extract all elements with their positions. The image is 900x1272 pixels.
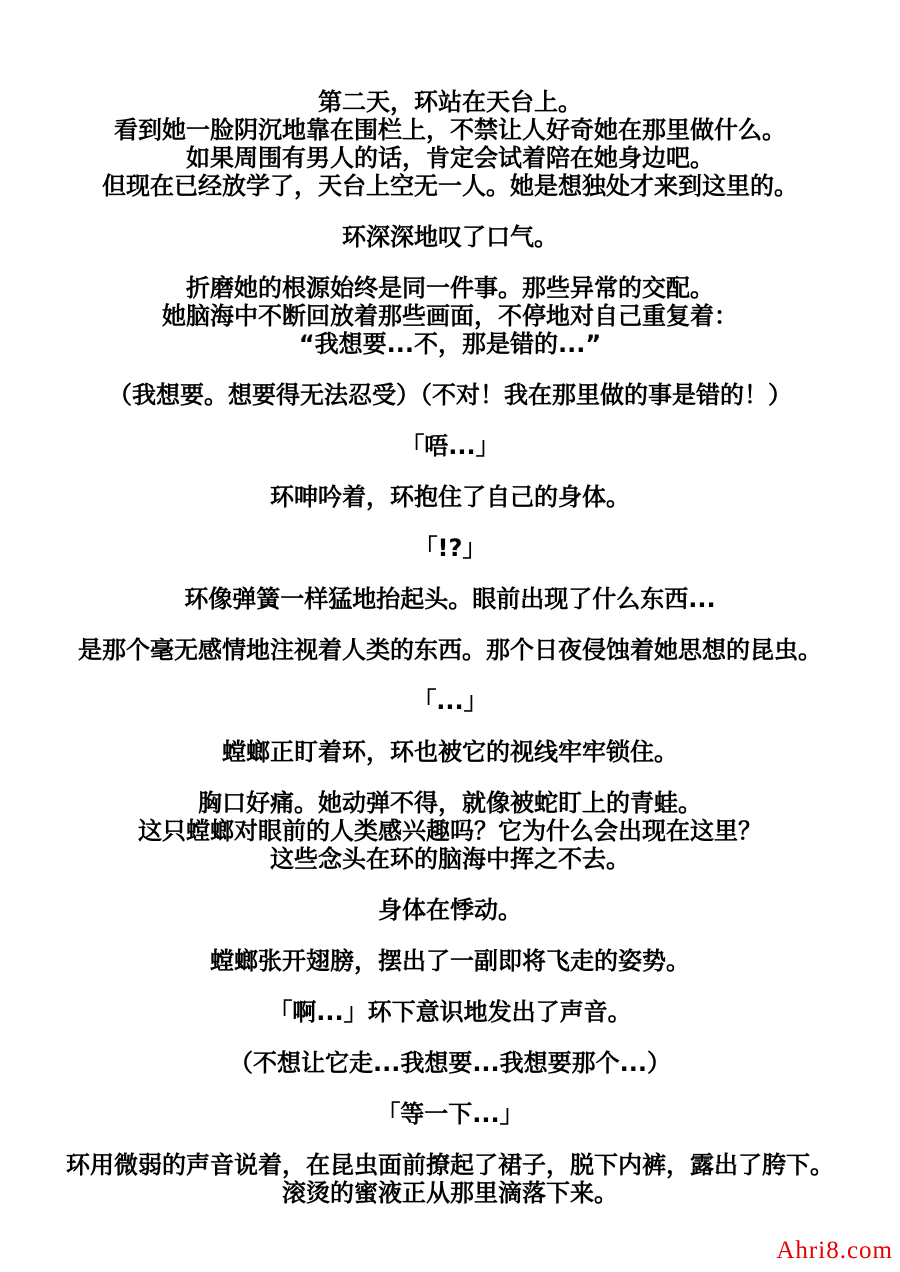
text-line: 胸口好痛。她动弹不得，就像被蛇盯上的青蛙。 bbox=[0, 789, 900, 817]
paragraph: 身体在悸动。 bbox=[0, 896, 900, 924]
text-line: （不想让它走...我想要...我想要那个...） bbox=[0, 1049, 900, 1077]
text-line: 滚烫的蜜液正从那里滴落下来。 bbox=[0, 1179, 900, 1207]
text-line: 如果周围有男人的话，肯定会试着陪在她身边吧。 bbox=[0, 144, 900, 172]
text-line: 这些念头在环的脑海中挥之不去。 bbox=[0, 845, 900, 873]
text-line: 环呻吟着，环抱住了自己的身体。 bbox=[0, 483, 900, 511]
text-line: 「!?」 bbox=[0, 534, 900, 562]
paragraph: 「!?」 bbox=[0, 534, 900, 562]
text-line: 折磨她的根源始终是同一件事。那些异常的交配。 bbox=[0, 274, 900, 302]
paragraph: 环深深地叹了口气。 bbox=[0, 223, 900, 251]
text-line: 「等一下...」 bbox=[0, 1100, 900, 1128]
text-line: 「啊...」环下意识地发出了声音。 bbox=[0, 998, 900, 1026]
text-line: 第二天，环站在天台上。 bbox=[0, 88, 900, 116]
paragraph: 螳螂张开翅膀，摆出了一副即将飞走的姿势。 bbox=[0, 947, 900, 975]
text-line: （我想要。想要得无法忍受）（不对！我在那里做的事是错的！） bbox=[0, 381, 900, 409]
paragraph: 环呻吟着，环抱住了自己的身体。 bbox=[0, 483, 900, 511]
text-line: 螳螂正盯着环，环也被它的视线牢牢锁住。 bbox=[0, 738, 900, 766]
text-line: 身体在悸动。 bbox=[0, 896, 900, 924]
text-line: 螳螂张开翅膀，摆出了一副即将飞走的姿势。 bbox=[0, 947, 900, 975]
paragraph: 是那个毫无感情地注视着人类的东西。那个日夜侵蚀着她思想的昆虫。 bbox=[0, 636, 900, 664]
paragraph: 「等一下...」 bbox=[0, 1100, 900, 1128]
paragraph: 第二天，环站在天台上。看到她一脸阴沉地靠在围栏上，不禁让人好奇她在那里做什么。如… bbox=[0, 88, 900, 200]
paragraph: 「唔...」 bbox=[0, 432, 900, 460]
text-line: “我想要...不，那是错的...” bbox=[0, 330, 900, 358]
watermark: Ahri8.com bbox=[776, 1237, 893, 1265]
story-text: 第二天，环站在天台上。看到她一脸阴沉地靠在围栏上，不禁让人好奇她在那里做什么。如… bbox=[0, 88, 900, 1230]
text-line: 「唔...」 bbox=[0, 432, 900, 460]
paragraph: （我想要。想要得无法忍受）（不对！我在那里做的事是错的！） bbox=[0, 381, 900, 409]
text-line: 环深深地叹了口气。 bbox=[0, 223, 900, 251]
paragraph: （不想让它走...我想要...我想要那个...） bbox=[0, 1049, 900, 1077]
text-line: 这只螳螂对眼前的人类感兴趣吗？它为什么会出现在这里？ bbox=[0, 817, 900, 845]
paragraph: 「...」 bbox=[0, 687, 900, 715]
document-page: 第二天，环站在天台上。看到她一脸阴沉地靠在围栏上，不禁让人好奇她在那里做什么。如… bbox=[0, 0, 900, 1272]
paragraph: 环像弹簧一样猛地抬起头。眼前出现了什么东西... bbox=[0, 585, 900, 613]
text-line: 是那个毫无感情地注视着人类的东西。那个日夜侵蚀着她思想的昆虫。 bbox=[0, 636, 900, 664]
text-line: 「...」 bbox=[0, 687, 900, 715]
text-line: 环用微弱的声音说着，在昆虫面前撩起了裙子，脱下内裤，露出了胯下。 bbox=[0, 1151, 900, 1179]
text-line: 但现在已经放学了，天台上空无一人。她是想独处才来到这里的。 bbox=[0, 172, 900, 200]
paragraph: 折磨她的根源始终是同一件事。那些异常的交配。她脑海中不断回放着那些画面，不停地对… bbox=[0, 274, 900, 358]
text-line: 看到她一脸阴沉地靠在围栏上，不禁让人好奇她在那里做什么。 bbox=[0, 116, 900, 144]
paragraph: 环用微弱的声音说着，在昆虫面前撩起了裙子，脱下内裤，露出了胯下。滚烫的蜜液正从那… bbox=[0, 1151, 900, 1207]
text-line: 她脑海中不断回放着那些画面，不停地对自己重复着： bbox=[0, 302, 900, 330]
paragraph: 螳螂正盯着环，环也被它的视线牢牢锁住。 bbox=[0, 738, 900, 766]
paragraph: 胸口好痛。她动弹不得，就像被蛇盯上的青蛙。这只螳螂对眼前的人类感兴趣吗？它为什么… bbox=[0, 789, 900, 873]
paragraph: 「啊...」环下意识地发出了声音。 bbox=[0, 998, 900, 1026]
text-line: 环像弹簧一样猛地抬起头。眼前出现了什么东西... bbox=[0, 585, 900, 613]
